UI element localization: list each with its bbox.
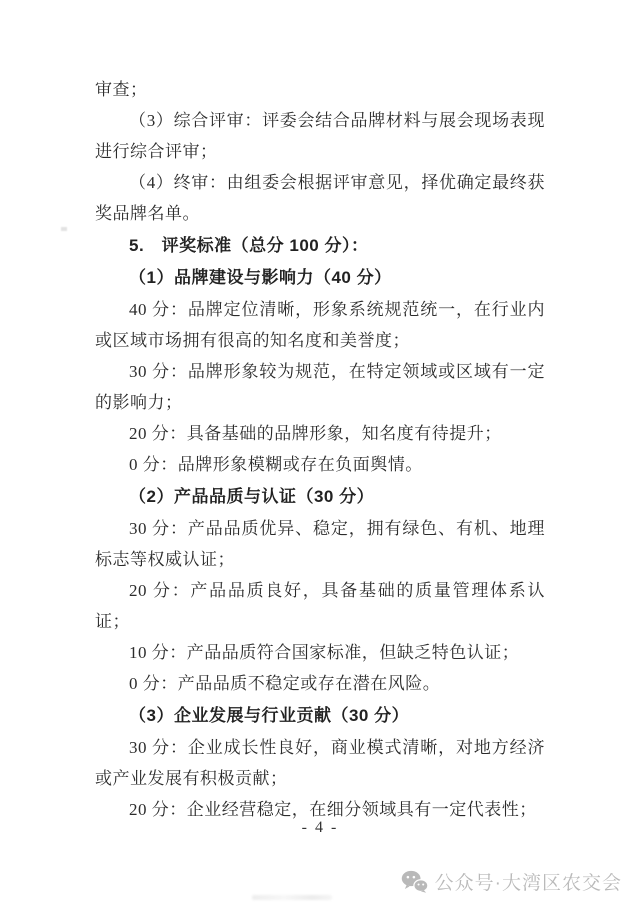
wechat-icon (401, 870, 428, 893)
document-page: 审查； （3）综合评审：评委会结合品牌材料与展会现场表现进行综合评审； （4）终… (0, 0, 640, 905)
paragraph: 30 分：企业成长性良好，商业模式清晰，对地方经济或产业发展有积极贡献； (95, 732, 545, 794)
paragraph: 40 分：品牌定位清晰，形象系统规范统一，在行业内或区域市场拥有很高的知名度和美… (95, 294, 545, 356)
paragraph: 20 分：具备基础的品牌形象，知名度有待提升； (95, 418, 545, 449)
subsection-heading: （3）企业发展与行业贡献（30 分） (95, 700, 545, 731)
paragraph: 0 分：品牌形象模糊或存在负面舆情。 (95, 449, 545, 480)
official-account-label: 公众号·大湾区农交会 (435, 868, 622, 895)
paragraph: 20 分：产品品质良好，具备基础的质量管理体系认证； (95, 575, 545, 637)
subsection-heading: （1）品牌建设与影响力（40 分） (95, 262, 545, 293)
scan-artifact-smudge (252, 895, 332, 900)
page-number: - 4 - (0, 819, 640, 837)
paragraph-continuation: 审查； (95, 74, 545, 105)
paragraph: 30 分：品牌形象较为规范，在特定领域或区域有一定的影响力； (95, 356, 545, 418)
watermark-footer: 公众号·大湾区农交会 (401, 868, 622, 895)
subsection-heading: （2）产品品质与认证（30 分） (95, 481, 545, 512)
document-body: 审查； （3）综合评审：评委会结合品牌材料与展会现场表现进行综合评审； （4）终… (95, 74, 545, 825)
paragraph: 0 分：产品品质不稳定或存在潜在风险。 (95, 668, 545, 699)
paragraph: 10 分：产品品质符合国家标准，但缺乏特色认证； (95, 637, 545, 668)
paragraph: 30 分：产品品质优异、稳定，拥有绿色、有机、地理标志等权威认证； (95, 513, 545, 575)
paragraph: （3）综合评审：评委会结合品牌材料与展会现场表现进行综合评审； (95, 105, 545, 167)
section-heading: 5. 评奖标准（总分 100 分）： (95, 230, 545, 261)
paragraph: （4）终审：由组委会根据评审意见，择优确定最终获奖品牌名单。 (95, 167, 545, 229)
scan-artifact-speck (61, 227, 67, 231)
